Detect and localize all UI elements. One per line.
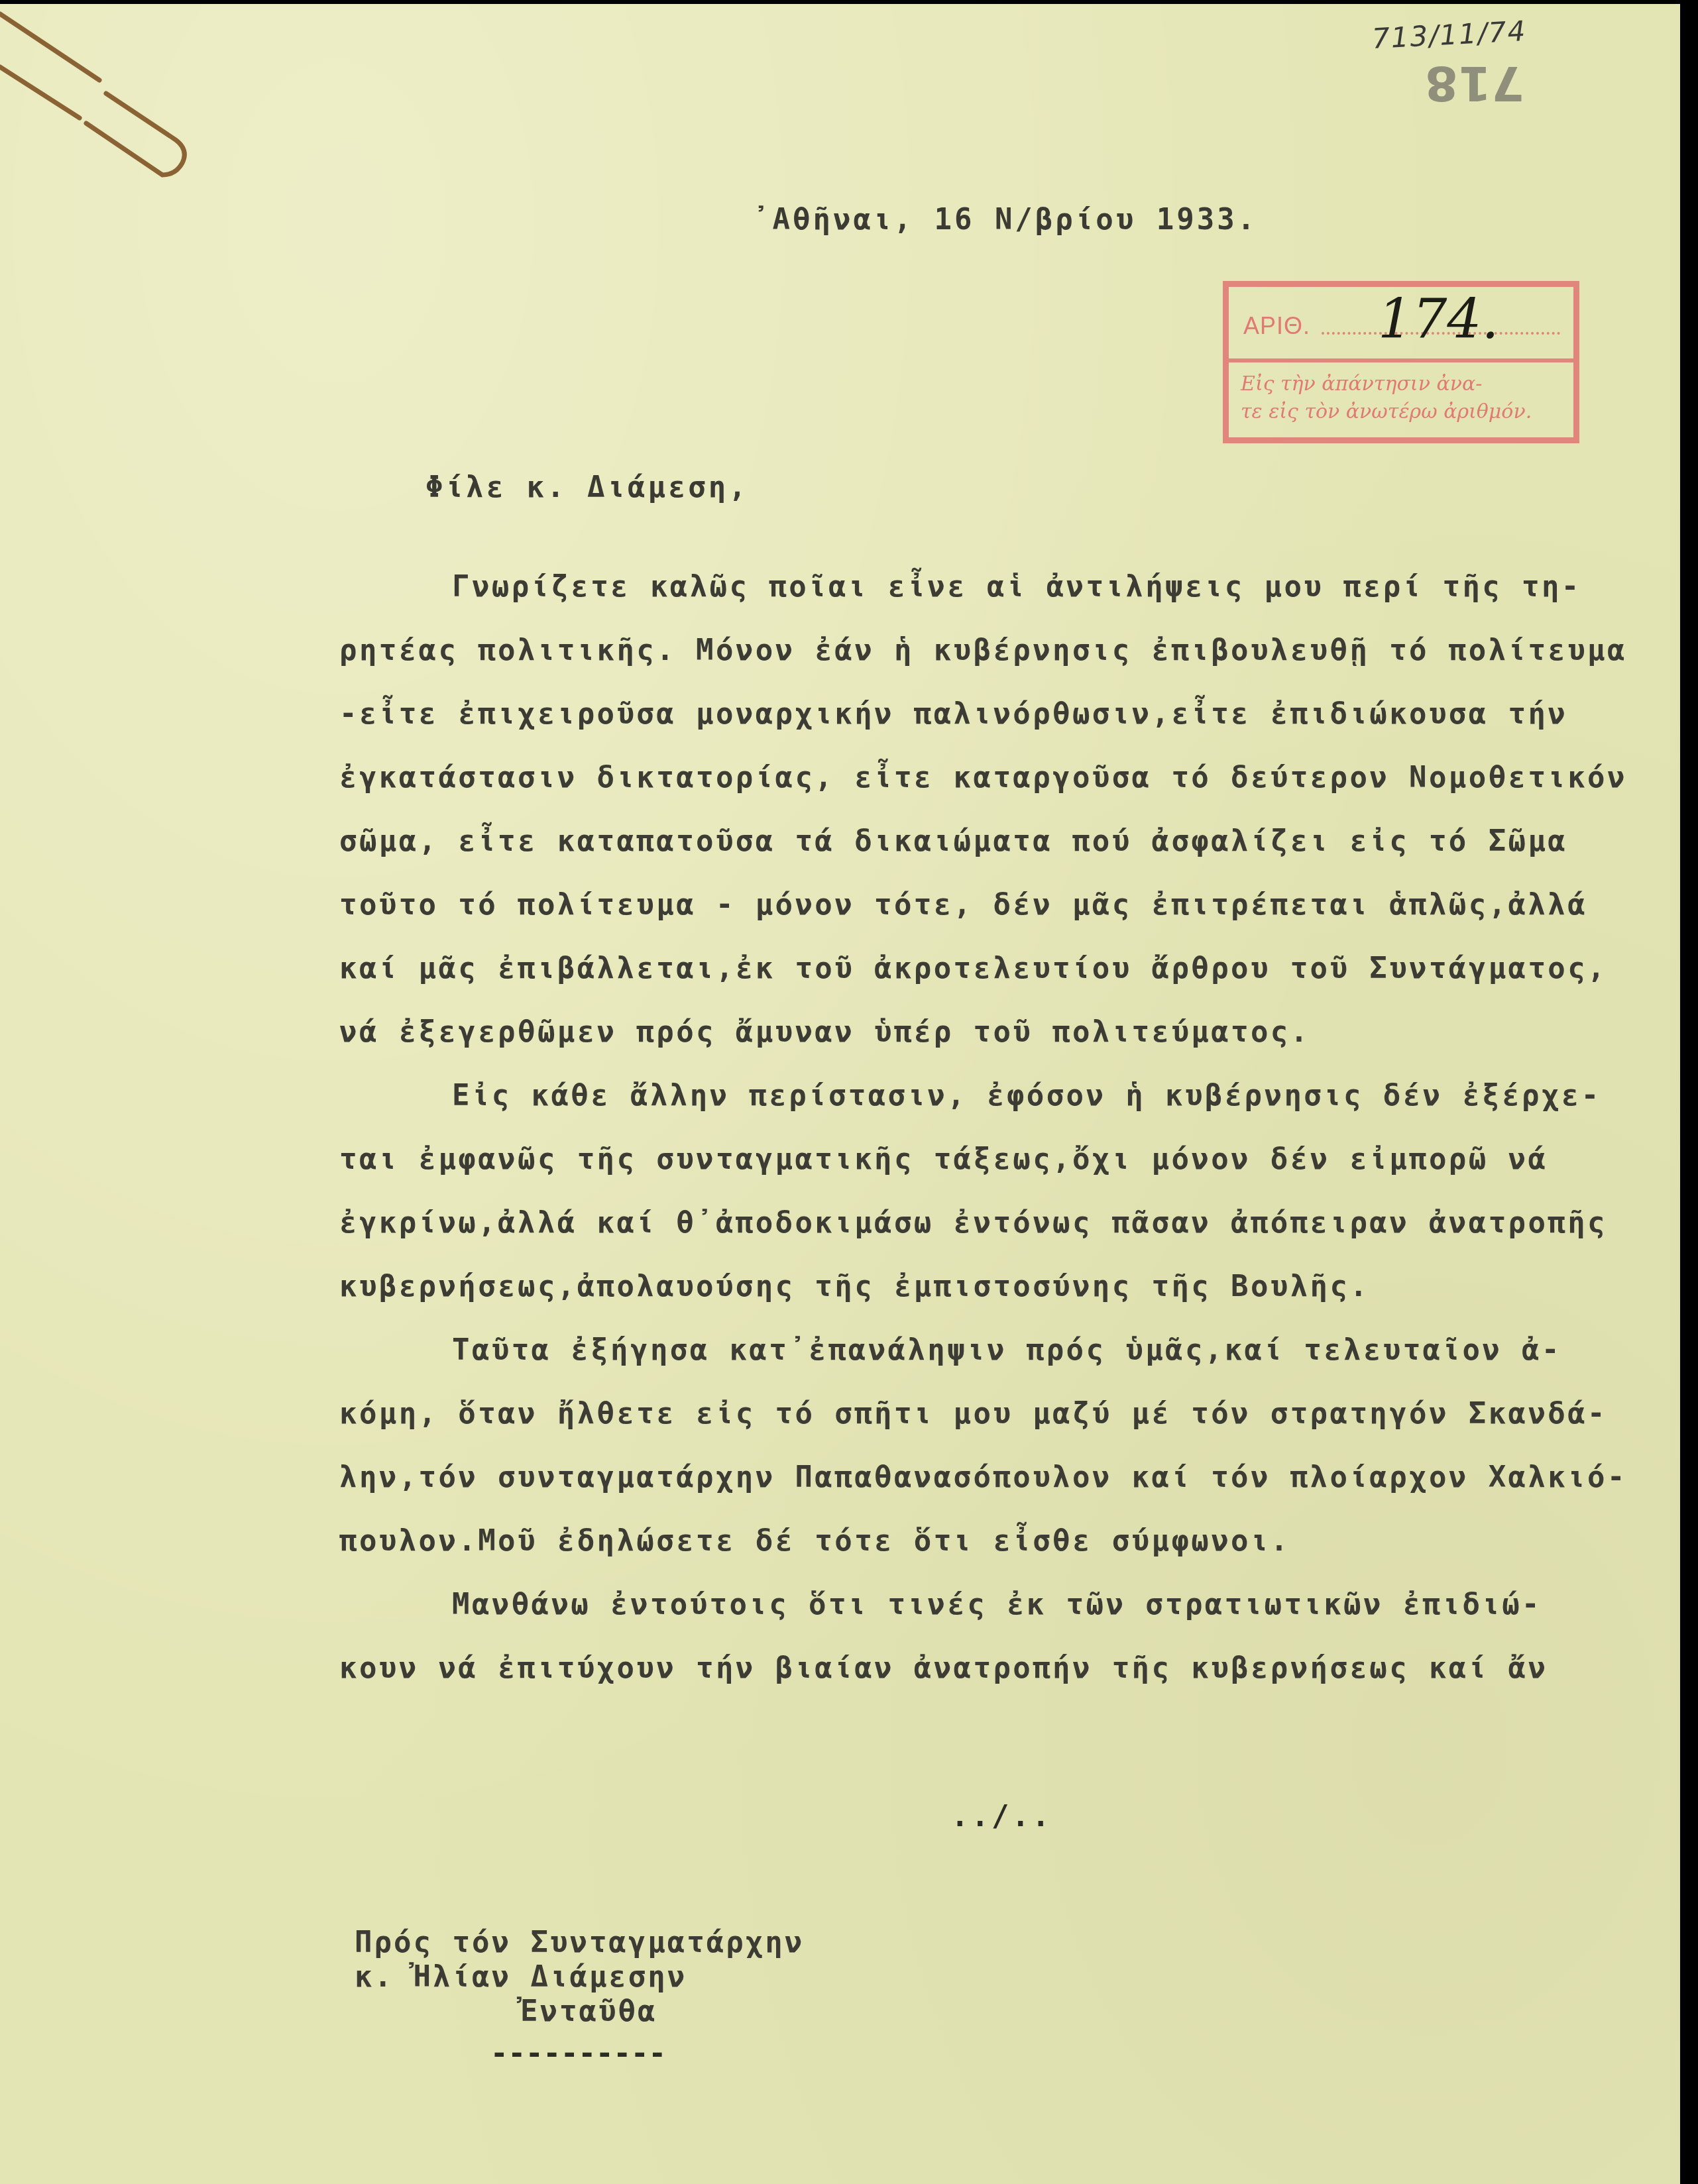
- body-line: κουν νά ἐπιτύχουν τήν βιαίαν ἀνατροπήν τ…: [339, 1637, 1585, 1700]
- body-line: σῶμα, εἶτε καταπατοῦσα τά δικαιώματα πού…: [339, 810, 1585, 873]
- letter-body: Γνωρίζετε καλῶς ποῖαι εἶνε αἱ ἀντιλήψεις…: [339, 555, 1585, 1700]
- date-line: ᾽Αθῆναι, 16 Ν/βρίου 1933.: [752, 203, 1257, 237]
- body-line: ἐγκατάστασιν δικτατορίας, εἶτε καταργοῦσ…: [339, 746, 1585, 810]
- archive-number: 718: [1425, 56, 1524, 111]
- addressee-line: Ἐνταῦθα: [355, 1994, 804, 2029]
- stamp-label: ΑΡΙΘ.: [1243, 312, 1310, 340]
- continuation-mark: ../..: [951, 1800, 1052, 1833]
- body-line: ρητέας πολιτικῆς. Μόνον ἐάν ἡ κυβέρνησις…: [339, 619, 1585, 682]
- addressee-line: κ. Ἠλίαν Διάμεσην: [355, 1960, 804, 1994]
- addressee-block: Πρός τόν Συνταγματάρχην κ. Ἠλίαν Διάμεση…: [355, 1926, 804, 2071]
- body-line: νά ἐξεγερθῶμεν πρός ἄμυναν ὑπέρ τοῦ πολι…: [339, 1001, 1585, 1064]
- registry-stamp: ΑΡΙΘ. 174. Εἰς τὴν ἀπάντησιν ἀνα- τε εἰς…: [1223, 281, 1579, 443]
- stamp-note-line: Εἰς τὴν ἀπάντησιν ἀνα-: [1241, 370, 1573, 398]
- body-line: κόμη, ὅταν ἤλθετε εἰς τό σπῆτι μου μαζύ …: [339, 1382, 1585, 1446]
- body-line: Εἰς κάθε ἄλλην περίστασιν, ἐφόσον ἡ κυβέ…: [339, 1064, 1585, 1128]
- body-line: κυβερνήσεως,ἀπολαυούσης τῆς ἐμπιστοσύνης…: [339, 1255, 1585, 1319]
- letter-page: 713/11/74 718 ᾽Αθῆναι, 16 Ν/βρίου 1933. …: [0, 4, 1680, 2184]
- body-line: πουλον.Μοῦ ἐδηλώσετε δέ τότε ὅτι εἶσθε σ…: [339, 1509, 1585, 1573]
- body-line: -εἶτε ἐπιχειροῦσα μοναρχικήν παλινόρθωσι…: [339, 682, 1585, 746]
- body-line: ἐγκρίνω,ἀλλά καί θ᾽ἀποδοκιμάσω ἐντόνως π…: [339, 1191, 1585, 1255]
- salutation: Φίλε κ. Διάμεση,: [425, 470, 749, 504]
- paperclip-mark-icon: [0, 4, 199, 190]
- stamp-number: 174.: [1378, 288, 1499, 351]
- addressee-rule: ----------: [355, 2037, 804, 2071]
- body-line: Ταῦτα ἐξήγησα κατ᾽ἐπανάληψιν πρός ὑμᾶς,κ…: [339, 1319, 1585, 1382]
- body-line: ται ἐμφανῶς τῆς συνταγματικῆς τάξεως,ὄχι…: [339, 1128, 1585, 1191]
- body-line: τοῦτο τό πολίτευμα - μόνον τότε, δέν μᾶς…: [339, 873, 1585, 937]
- body-line: Μανθάνω ἐντούτοις ὅτι τινές ἐκ τῶν στρατ…: [339, 1573, 1585, 1637]
- body-line: Γνωρίζετε καλῶς ποῖαι εἶνε αἱ ἀντιλήψεις…: [339, 555, 1585, 619]
- handwritten-reference: 713/11/74: [1371, 15, 1528, 55]
- body-line: καί μᾶς ἐπιβάλλεται,ἐκ τοῦ ἀκροτελευτίου…: [339, 937, 1585, 1001]
- addressee-line: Πρός τόν Συνταγματάρχην: [355, 1926, 804, 1960]
- stamp-note: Εἰς τὴν ἀπάντησιν ἀνα- τε εἰς τὸν ἀνωτέρ…: [1229, 362, 1573, 426]
- stamp-note-line: τε εἰς τὸν ἀνωτέρω ἀριθμόν.: [1241, 398, 1573, 426]
- stamp-number-row: ΑΡΙΘ. 174.: [1229, 287, 1573, 362]
- body-line: λην,τόν συνταγματάρχην Παπαθανασόπουλον …: [339, 1446, 1585, 1509]
